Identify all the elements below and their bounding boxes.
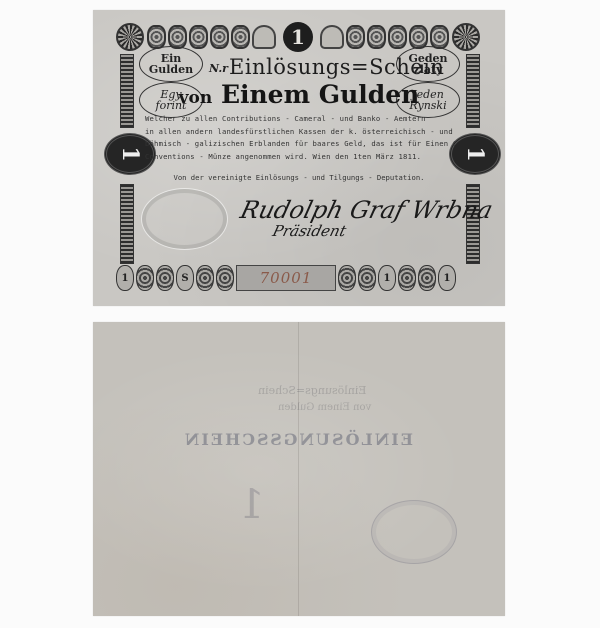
department-line: Von der vereinigte Einlösungs - und Tilg…: [93, 173, 505, 182]
band-cell: 1: [438, 265, 456, 291]
show-through-heading: EINLÖSUNGSSCHEIN: [183, 430, 413, 449]
band-cell: [216, 265, 234, 291]
bottom-ornamental-band: 1 S 70001 1 1: [116, 264, 482, 292]
note-title: Einlösungs=Schein: [229, 55, 444, 79]
band-cell: [156, 265, 174, 291]
signature-title: Präsident: [271, 222, 348, 240]
rosette-icon: [452, 23, 480, 51]
serial-number: 70001: [236, 265, 336, 291]
cartouche-german: Ein Gulden: [139, 46, 203, 82]
band-cell: S: [176, 265, 194, 291]
band-cell: [136, 265, 154, 291]
denomination-medallion-right: 1: [449, 133, 501, 175]
dry-seal-embossing: [141, 188, 228, 250]
banknote-back: Einlösungs=Schein von Einem Gulden EINLÖ…: [93, 322, 505, 616]
band-cell: [398, 265, 416, 291]
show-through-subtitle: von Einem Gulden: [278, 402, 371, 413]
show-through-title: Einlösungs=Schein: [258, 384, 366, 397]
band-cell: [358, 265, 376, 291]
band-cell: [196, 265, 214, 291]
note-denomination-title: von Einem Gulden: [93, 80, 505, 109]
back-seal-embossing: [371, 500, 457, 564]
denomination-medallion-top: 1: [283, 22, 313, 52]
band-cell: [338, 265, 356, 291]
rosette-icon: [116, 23, 144, 51]
number-label: N.r: [209, 62, 228, 75]
band-cell: 1: [378, 265, 396, 291]
signature: Rudolph Graf Wrbna: [238, 196, 496, 224]
banknote-front: 1 1 1 Ein Gulden Egy forint Geden zlaty …: [93, 10, 505, 306]
show-through-numeral: 1: [239, 482, 264, 528]
redemption-text: Welcher zu allen Contributions - Cameral…: [145, 113, 455, 163]
left-border-bar-lower: [120, 184, 134, 264]
band-cell: [418, 265, 436, 291]
fold-line: [298, 322, 299, 616]
band-cell: 1: [116, 265, 134, 291]
